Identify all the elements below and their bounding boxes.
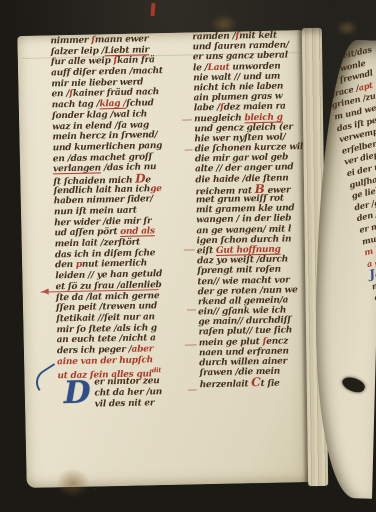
ink-text: ſchud: [126, 98, 154, 109]
ink-text: /das ich nu: [101, 162, 157, 173]
ink-text: kain frä: [117, 56, 155, 67]
rubric-text: dit: [152, 366, 161, 374]
manuscript-page: nimmer ſmann ewerſalzer leip /Liebt mirf…: [17, 30, 313, 488]
gutter-dash: [187, 309, 196, 311]
ink-text: cht da her /un: [94, 387, 162, 398]
ink-text: nimmer: [50, 36, 91, 47]
ink-text: er nimtor zeu: [94, 376, 159, 387]
ink-text: Liebt mir: [104, 45, 149, 56]
speck: [167, 491, 169, 493]
ink-text: nut iemerlich: [82, 259, 147, 270]
page-stain: [336, 20, 358, 36]
ink-text: fur alle weip: [51, 56, 114, 67]
speck: [93, 488, 96, 491]
ink-text: herzenlait: [200, 380, 252, 391]
ink-text: haben nimmer ſider/: [54, 195, 153, 207]
page-stain: [210, 14, 238, 34]
ink-text: t ſie: [260, 379, 279, 389]
rubric-text: Laut: [207, 62, 229, 72]
rubric-text: ge: [150, 184, 162, 194]
ink-text: mann ewer: [95, 34, 148, 45]
drop-cap-block: D er nimtor zeucht da her /unvil des nit…: [57, 375, 200, 411]
text-column-left: nimmer ſmann ewerſalzer leip /Liebt mirf…: [50, 34, 191, 379]
page-stain: [56, 468, 90, 498]
rubric-text: klag /: [99, 99, 126, 110]
speck: [251, 487, 253, 489]
ink-text: ders ich peger /: [57, 345, 132, 357]
gutter-dash: [185, 149, 193, 151]
rubric-text: bleich g: [244, 112, 283, 123]
ink-text: encz: [266, 336, 288, 346]
ink-text: nach tag /: [52, 99, 100, 110]
ink-text: en /: [51, 89, 69, 99]
ink-text: verlangen: [53, 164, 101, 175]
rubric-text: C: [251, 375, 261, 389]
ink-text: den: [55, 260, 76, 270]
ink-text: ud aſſen pört: [54, 227, 120, 238]
blue-initial-letter: D: [63, 378, 90, 409]
ink-text: le /: [193, 63, 208, 73]
rubric-text: aber: [132, 344, 154, 354]
gutter-dash: [182, 119, 192, 121]
ink-text: labe /: [194, 103, 220, 114]
ink-stain: [340, 374, 366, 396]
rubric-text: ond als: [120, 227, 155, 238]
ink-text: ſalzer leip /: [51, 46, 105, 57]
ink-text: mit kelt: [239, 31, 277, 42]
text-column-right: ramden /ſmit keltund ſauren ramden/er un…: [192, 30, 311, 389]
gutter-dash: [184, 249, 195, 251]
photo-background: nimmer ſmann ewerſalzer leip /Liebt mirf…: [0, 0, 376, 512]
manuscript-line: herzenlait Ct ſie: [200, 376, 312, 389]
ink-text: vil des nit er: [95, 398, 155, 409]
ink-text: eiſt: [197, 246, 216, 256]
gutter-dash: [185, 344, 197, 346]
gutter-dash: [188, 389, 197, 391]
ink-text: auff diſer erden /macht: [51, 66, 163, 78]
ribbon-mark: [151, 3, 156, 16]
